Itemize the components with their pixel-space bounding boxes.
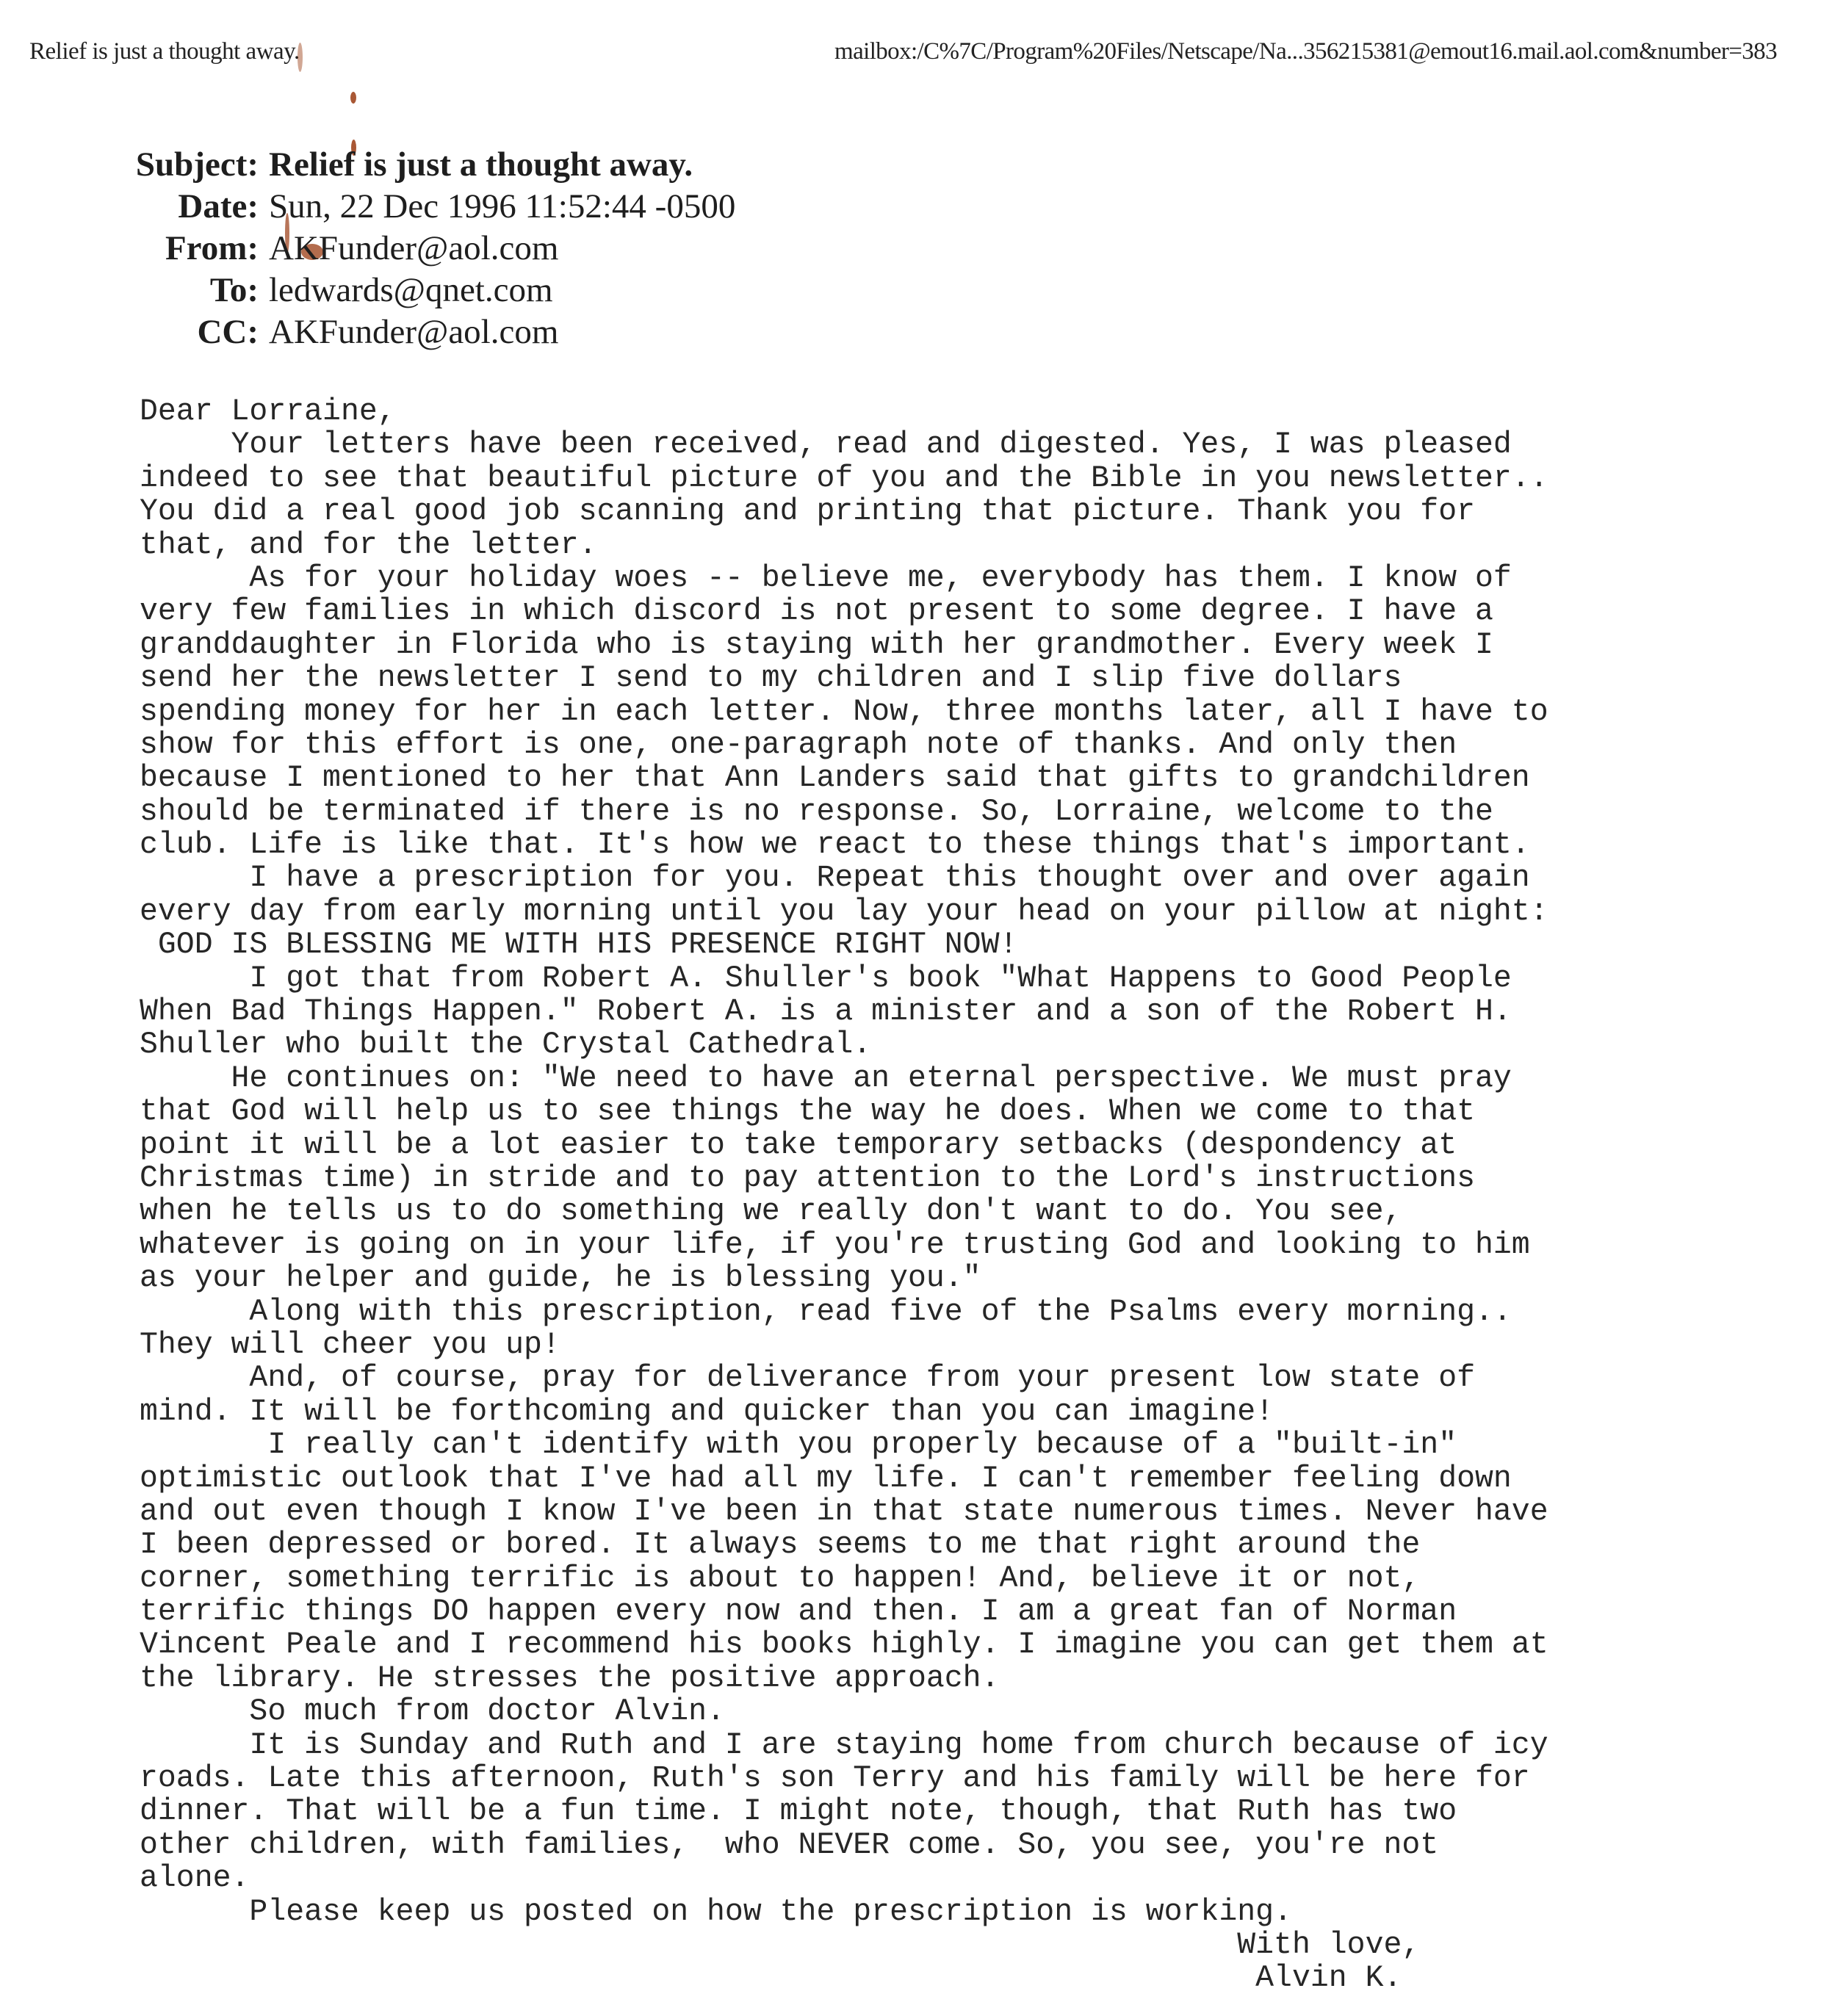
body-line: Along with this prescription, read five …: [140, 1296, 1756, 1329]
email-body: Dear Lorraine, Your letters have been re…: [140, 395, 1756, 1995]
header-label: To:: [0, 270, 269, 311]
stain-mark: [298, 43, 303, 72]
header-row-cc: CC: AKFunder@aol.com: [0, 311, 735, 353]
body-line: should be terminated if there is no resp…: [140, 795, 1756, 828]
body-line: the library. He stresses the positive ap…: [140, 1662, 1756, 1695]
body-line: When Bad Things Happen." Robert A. is a …: [140, 995, 1756, 1028]
body-line: and out even though I know I've been in …: [140, 1495, 1756, 1528]
header-value-from: AKFunder@aol.com: [269, 228, 558, 270]
header-value-cc: AKFunder@aol.com: [269, 311, 558, 353]
email-headers: Subject: Relief is just a thought away. …: [0, 144, 735, 353]
body-line: point it will be a lot easier to take te…: [140, 1129, 1756, 1162]
body-line: send her the newsletter I send to my chi…: [140, 662, 1756, 695]
body-line: granddaughter in Florida who is staying …: [140, 629, 1756, 662]
body-line: I been depressed or bored. It always see…: [140, 1528, 1756, 1561]
stain-mark: [350, 92, 356, 104]
header-row-from: From: AKFunder@aol.com: [0, 228, 735, 270]
body-line: that, and for the letter.: [140, 529, 1756, 562]
body-line: GOD IS BLESSING ME WITH HIS PRESENCE RIG…: [140, 928, 1756, 961]
body-line: when he tells us to do something we real…: [140, 1195, 1756, 1228]
header-value-date: Sun, 22 Dec 1996 11:52:44 -0500: [269, 186, 735, 228]
body-line: He continues on: "We need to have an ete…: [140, 1062, 1756, 1095]
body-line: Alvin K.: [140, 1962, 1756, 1995]
header-label: From:: [0, 228, 269, 270]
body-line: Christmas time) in stride and to pay att…: [140, 1162, 1756, 1195]
body-line: very few families in which discord is no…: [140, 595, 1756, 628]
body-line: You did a real good job scanning and pri…: [140, 495, 1756, 528]
body-line: optimistic outlook that I've had all my …: [140, 1462, 1756, 1495]
body-line: They will cheer you up!: [140, 1329, 1756, 1362]
body-line: corner, something terrific is about to h…: [140, 1562, 1756, 1595]
header-label: Subject:: [0, 144, 269, 186]
body-line: With love,: [140, 1929, 1756, 1962]
body-line: spending money for her in each letter. N…: [140, 696, 1756, 729]
body-line: that God will help us to see things the …: [140, 1095, 1756, 1128]
body-line: show for this effort is one, one-paragra…: [140, 729, 1756, 762]
header-row-date: Date: Sun, 22 Dec 1996 11:52:44 -0500: [0, 186, 735, 228]
header-value-subject: Relief is just a thought away.: [269, 144, 693, 186]
header-value-to: ledwards@qnet.com: [269, 270, 553, 311]
body-line: I really can't identify with you properl…: [140, 1428, 1756, 1462]
body-line: club. Life is like that. It's how we rea…: [140, 828, 1756, 861]
body-line: as your helper and guide, he is blessing…: [140, 1262, 1756, 1295]
print-header-url: mailbox:/C%7C/Program%20Files/Netscape/N…: [834, 38, 1777, 65]
body-line: other children, with families, who NEVER…: [140, 1829, 1756, 1862]
body-line: I got that from Robert A. Shuller's book…: [140, 962, 1756, 995]
header-row-subject: Subject: Relief is just a thought away.: [0, 144, 735, 186]
body-line: mind. It will be forthcoming and quicker…: [140, 1395, 1756, 1428]
body-line: So much from doctor Alvin.: [140, 1695, 1756, 1728]
body-line: whatever is going on in your life, if yo…: [140, 1229, 1756, 1262]
body-line: alone.: [140, 1862, 1756, 1895]
body-line: Please keep us posted on how the prescri…: [140, 1896, 1756, 1929]
body-line: Shuller who built the Crystal Cathedral.: [140, 1028, 1756, 1061]
header-label: Date:: [0, 186, 269, 228]
body-line: And, of course, pray for deliverance fro…: [140, 1362, 1756, 1395]
body-line: It is Sunday and Ruth and I are staying …: [140, 1729, 1756, 1762]
print-header-title: Relief is just a thought away.: [29, 38, 300, 65]
body-line: indeed to see that beautiful picture of …: [140, 462, 1756, 495]
body-line: I have a prescription for you. Repeat th…: [140, 861, 1756, 895]
body-line: As for your holiday woes -- believe me, …: [140, 562, 1756, 595]
body-line: roads. Late this afternoon, Ruth's son T…: [140, 1762, 1756, 1795]
body-line: dinner. That will be a fun time. I might…: [140, 1795, 1756, 1828]
body-line: Dear Lorraine,: [140, 395, 1756, 428]
body-line: every day from early morning until you l…: [140, 895, 1756, 928]
body-line: terrific things DO happen every now and …: [140, 1595, 1756, 1628]
print-header: Relief is just a thought away. mailbox:/…: [29, 38, 1799, 75]
body-line: Your letters have been received, read an…: [140, 428, 1756, 461]
body-line: because I mentioned to her that Ann Land…: [140, 762, 1756, 795]
header-row-to: To: ledwards@qnet.com: [0, 270, 735, 311]
body-line: Vincent Peale and I recommend his books …: [140, 1628, 1756, 1661]
header-label: CC:: [0, 311, 269, 353]
